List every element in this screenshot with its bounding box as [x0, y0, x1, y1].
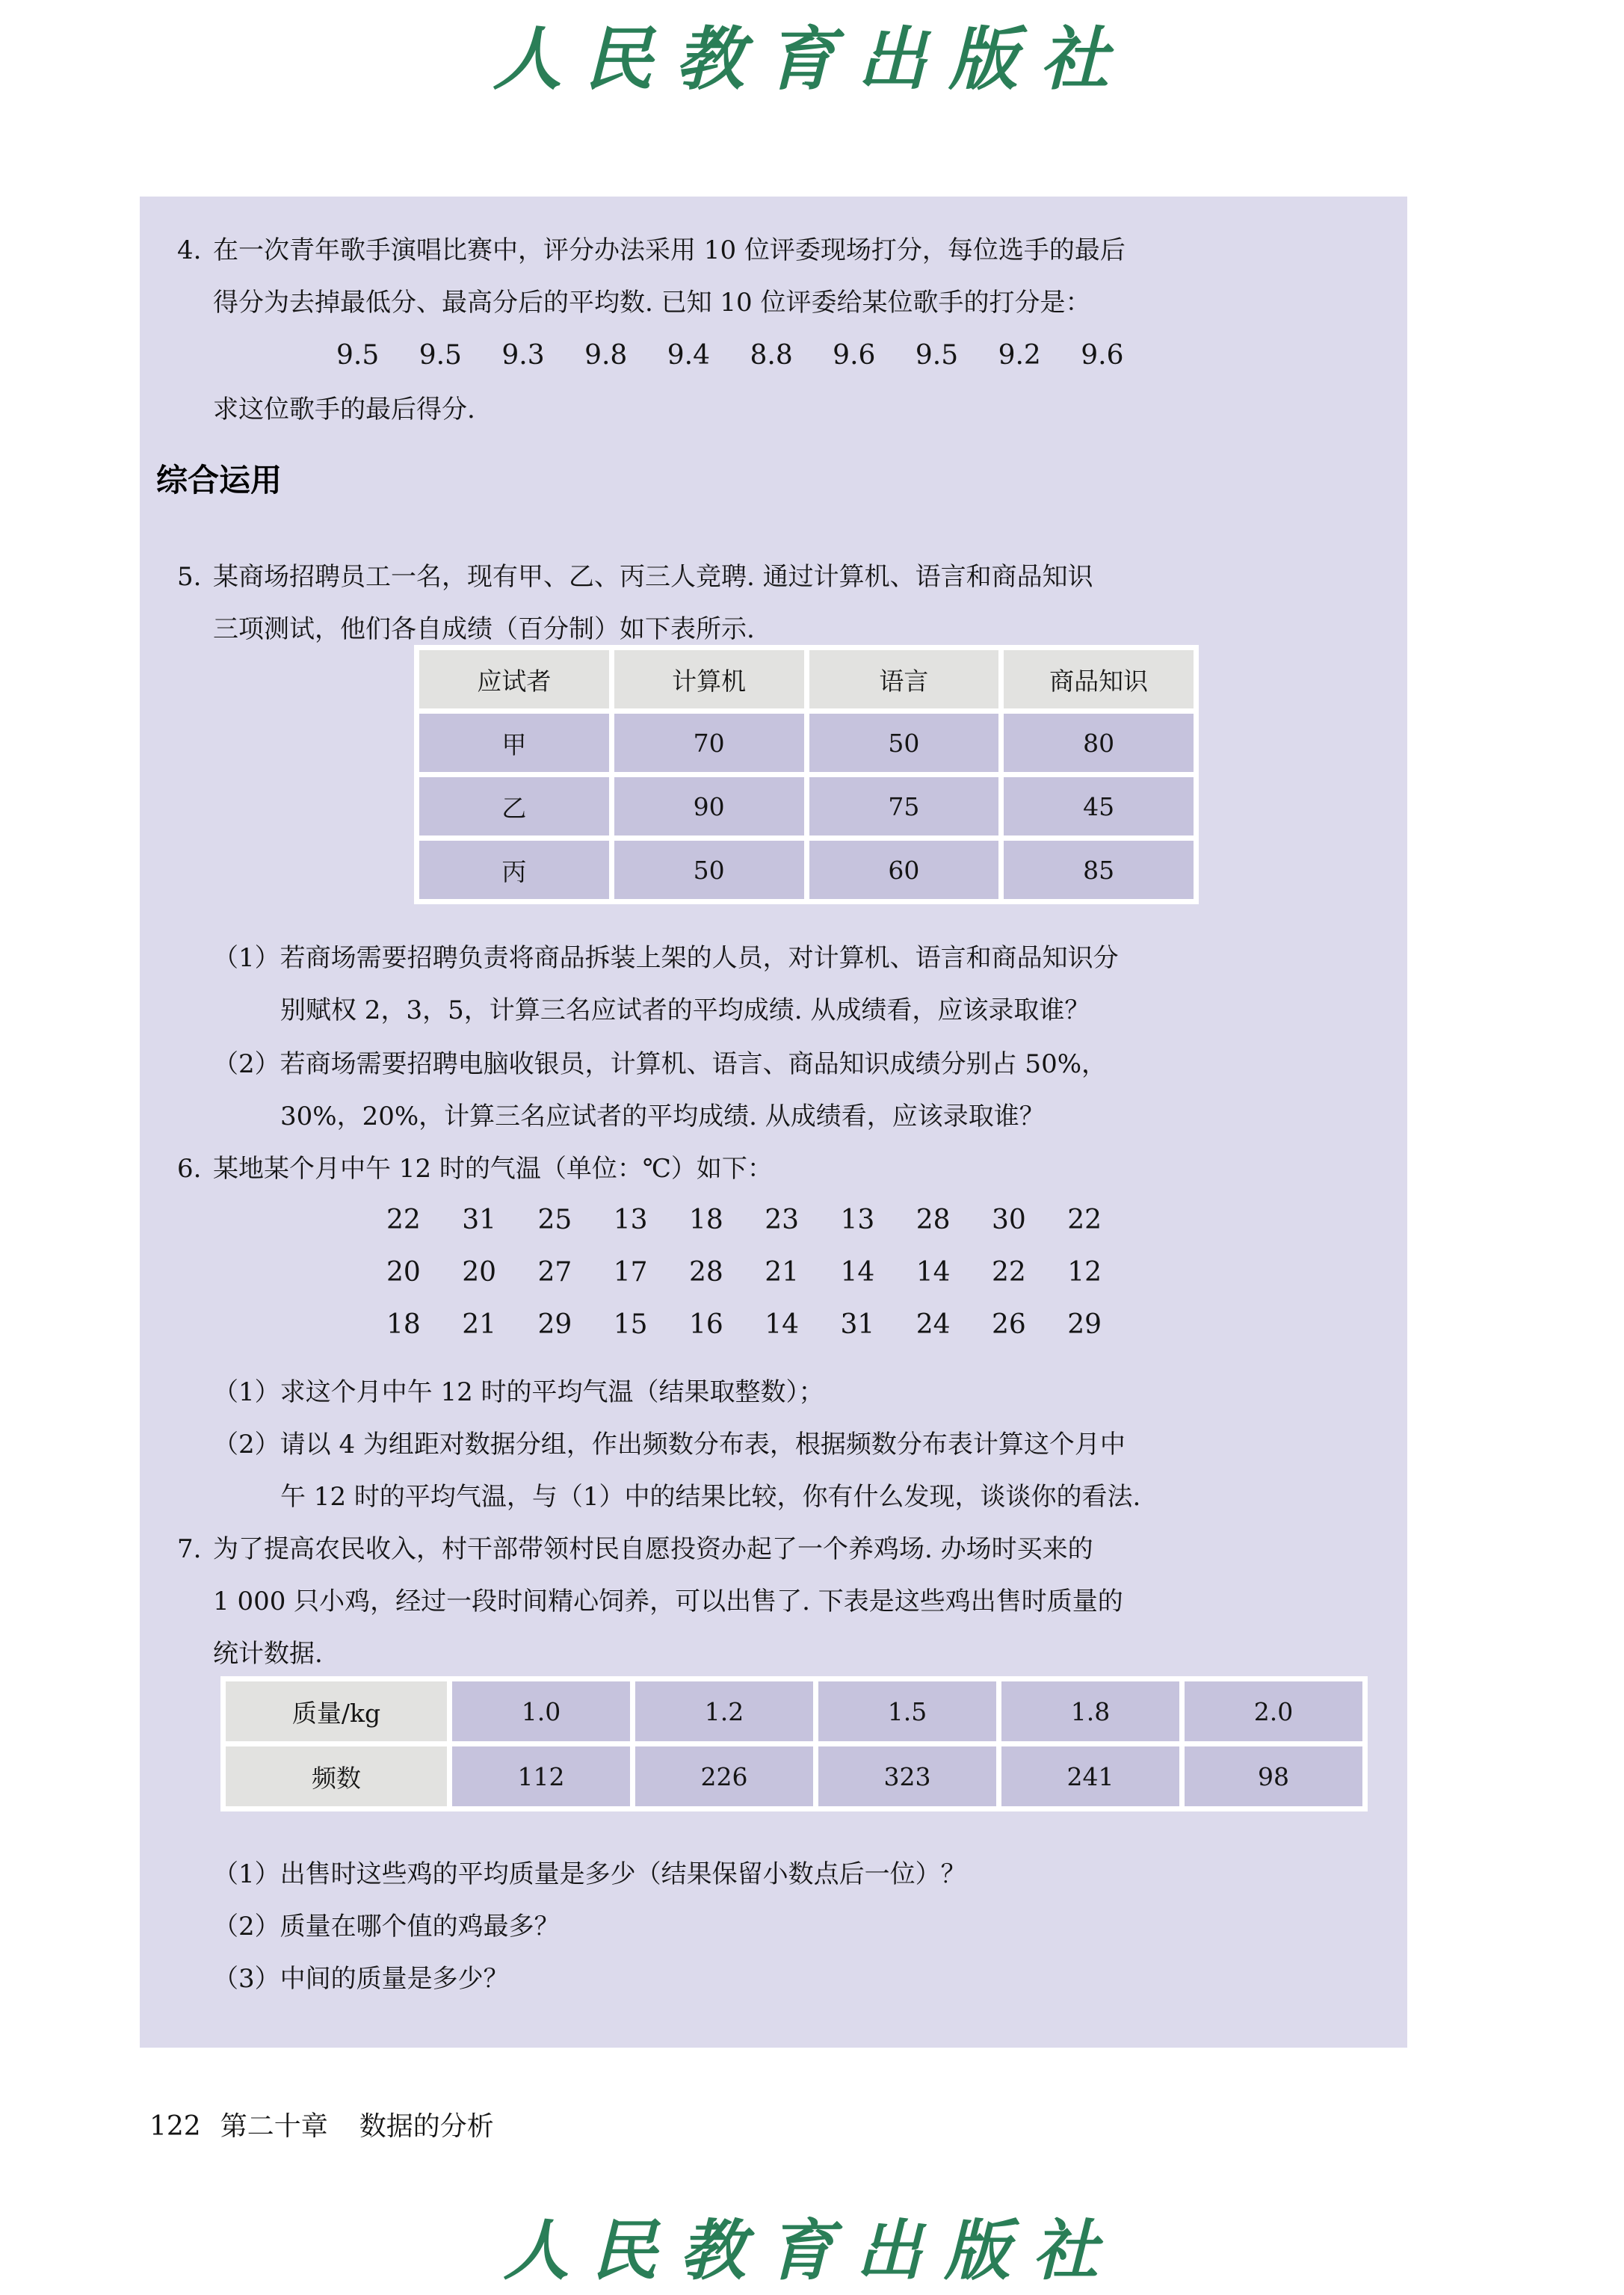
table2-cell: 2.0 — [1185, 1681, 1362, 1741]
problem5-number: 5. — [177, 551, 201, 603]
problem7-line-3: 统计数据. — [213, 1628, 323, 1680]
table1-cell: 甲 — [419, 714, 609, 772]
problem6-sub1: （1）求这个月中午 12 时的平均气温（结果取整数）； — [213, 1366, 824, 1418]
problem6-number: 6. — [177, 1143, 201, 1195]
problem6-sub2-line-2: 午 12 时的平均气温，与（1）中的结果比较，你有什么发现，谈谈你的看法. — [280, 1471, 1140, 1523]
publisher-logo-bottom: 人民教育出版社 — [0, 2199, 1624, 2293]
problem7-number: 7. — [177, 1523, 201, 1575]
table1-header-cell: 应试者 — [419, 650, 609, 708]
page-footer: 122第二十章数据的分析 — [149, 2109, 494, 2145]
exercise-content-box: 4. 在一次青年歌手演唱比赛中，评分办法采用 10 位评委现场打分，每位选手的最… — [140, 197, 1407, 2048]
table1-cell: 50 — [614, 841, 804, 899]
chicken-mass-frequency-table: 质量/kg 1.0 1.2 1.5 1.8 2.0 频数 112 226 323… — [220, 1676, 1368, 1811]
table2-row-header: 频数 — [226, 1746, 447, 1806]
problem6-intro: 某地某个月中午 12 时的气温（单位：℃）如下： — [213, 1143, 773, 1195]
problem5-sub2-line-1: （2）若商场需要招聘电脑收银员，计算机、语言、商品知识成绩分别占 50%， — [213, 1038, 1107, 1090]
table2-row-header: 质量/kg — [226, 1681, 447, 1741]
problem7-line-2: 1 000 只小鸡，经过一段时间精心饲养，可以出售了. 下表是这些鸡出售时质量的 — [213, 1575, 1123, 1628]
footer-page-number: 122 — [149, 2111, 201, 2142]
table1-cell: 80 — [1004, 714, 1194, 772]
table1-cell: 90 — [614, 777, 804, 835]
problem4-number: 4. — [177, 224, 201, 277]
table1-cell: 乙 — [419, 777, 609, 835]
footer-chapter: 第二十章 — [220, 2111, 328, 2142]
problem7-line-1: 为了提高农民收入，村干部带领村民自愿投资办起了一个养鸡场. 办场时买来的 — [213, 1523, 1093, 1575]
table2-cell: 1.5 — [818, 1681, 996, 1741]
problem4-closing: 求这位歌手的最后得分. — [213, 383, 475, 436]
candidate-scores-table: 应试者 计算机 语言 商品知识 甲 70 50 80 乙 90 75 45 丙 … — [414, 645, 1199, 904]
problem4-scores-row: 9.5 9.5 9.3 9.8 9.4 8.8 9.6 9.5 9.2 9.6 — [336, 330, 1124, 382]
temperature-row-2: 20 20 27 17 28 21 14 14 22 12 — [386, 1247, 1102, 1299]
table2-cell: 226 — [635, 1746, 813, 1806]
problem7-sub2: （2）质量在哪个值的鸡最多？ — [213, 1900, 560, 1953]
problem5-sub1-line-1: （1）若商场需要招聘负责将商品拆装上架的人员，对计算机、语言和商品知识分 — [213, 932, 1119, 984]
problem6-sub2-line-1: （2）请以 4 为组距对数据分组，作出频数分布表，根据频数分布表计算这个月中 — [213, 1418, 1126, 1471]
table2-cell: 1.2 — [635, 1681, 813, 1741]
problem7-sub3: （3）中间的质量是多少？ — [213, 1953, 509, 2005]
problem7-sub1: （1）出售时这些鸡的平均质量是多少（结果保留小数点后一位）？ — [213, 1848, 966, 1900]
table2-cell: 98 — [1185, 1746, 1362, 1806]
problem5-line-1: 某商场招聘员工一名，现有甲、乙、丙三人竞聘. 通过计算机、语言和商品知识 — [213, 551, 1093, 603]
footer-book-title: 数据的分析 — [359, 2111, 494, 2142]
temperature-row-1: 22 31 25 13 18 23 13 28 30 22 — [386, 1194, 1102, 1247]
temperature-row-3: 18 21 29 15 16 14 31 24 26 29 — [386, 1299, 1102, 1351]
problem5-sub1-line-2: 别赋权 2，3，5，计算三名应试者的平均成绩. 从成绩看，应该录取谁？ — [280, 984, 1090, 1037]
table1-cell: 45 — [1004, 777, 1194, 835]
table2-cell: 1.8 — [1001, 1681, 1179, 1741]
table1-cell: 丙 — [419, 841, 609, 899]
table2-cell: 323 — [818, 1746, 996, 1806]
publisher-logo-top: 人民教育出版社 — [0, 4, 1624, 103]
table1-header-cell: 语言 — [809, 650, 999, 708]
table1-cell: 85 — [1004, 841, 1194, 899]
section-heading: 综合运用 — [156, 460, 282, 501]
table2-cell: 112 — [452, 1746, 630, 1806]
table1-cell: 70 — [614, 714, 804, 772]
table2-cell: 241 — [1001, 1746, 1179, 1806]
table1-cell: 75 — [809, 777, 999, 835]
problem4-line-1: 在一次青年歌手演唱比赛中，评分办法采用 10 位评委现场打分，每位选手的最后 — [213, 224, 1126, 277]
table1-cell: 50 — [809, 714, 999, 772]
problem5-sub2-line-2: 30%，20%，计算三名应试者的平均成绩. 从成绩看，应该录取谁？ — [280, 1090, 1045, 1143]
table1-cell: 60 — [809, 841, 999, 899]
table1-header-cell: 计算机 — [614, 650, 804, 708]
table2-cell: 1.0 — [452, 1681, 630, 1741]
table1-header-cell: 商品知识 — [1004, 650, 1194, 708]
problem4-line-2: 得分为去掉最低分、最高分后的平均数. 已知 10 位评委给某位歌手的打分是： — [213, 277, 1091, 329]
textbook-page: 人民教育出版社 4. 在一次青年歌手演唱比赛中，评分办法采用 10 位评委现场打… — [0, 0, 1624, 2295]
